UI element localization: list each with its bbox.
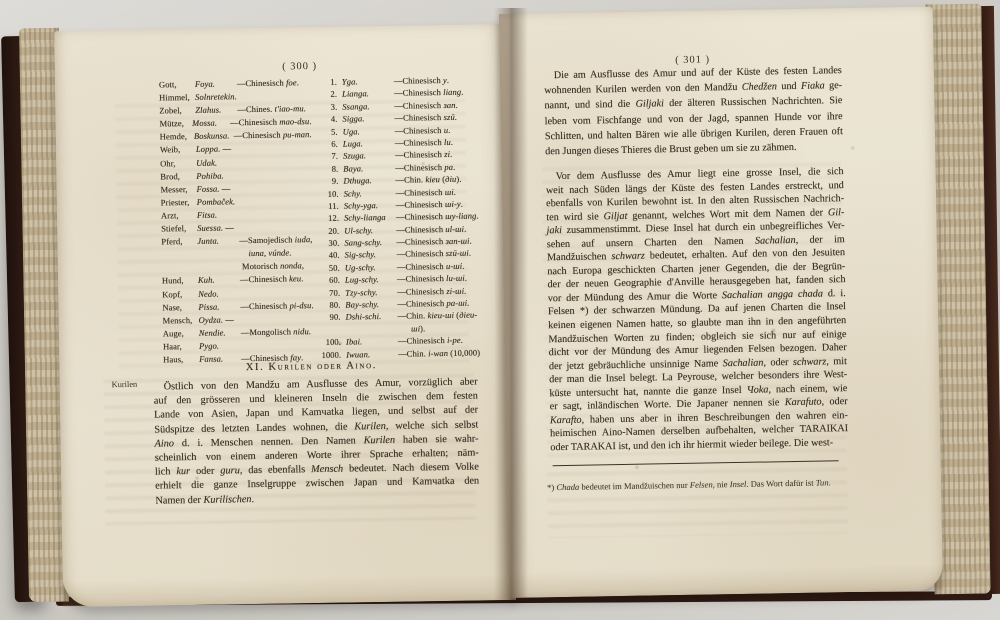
left-page: ( 300 ) Gott, Foya. —Chinesisch foe. Him…: [54, 24, 516, 607]
row-number: 11.: [318, 200, 344, 213]
comparison-gloss: —Chinesisch keu.: [240, 273, 314, 287]
native-numeral: Schy-lianga: [344, 212, 396, 225]
row-number: 6.: [317, 139, 343, 152]
native-term: Mossa.: [192, 118, 230, 132]
comparison-gloss: [237, 90, 311, 104]
native-term: Pygo.: [199, 340, 241, 354]
native-numeral: Schy.: [344, 187, 396, 200]
row-number: 50.: [319, 262, 345, 275]
show-through: [547, 463, 848, 538]
german-term: [162, 249, 198, 263]
comparison-gloss: iuna, vúnde.: [239, 247, 313, 261]
vocabulary-table: Gott, Foya. —Chinesisch foe. Himmel, Sol…: [159, 75, 475, 368]
german-term: Himmel,: [159, 92, 195, 106]
book-gutter-shadow: [494, 8, 528, 600]
native-numeral: Ssanga.: [342, 101, 394, 114]
comparison-gloss: [241, 339, 315, 353]
vocabulary-words-column: Gott, Foya. —Chinesisch foe. Himmel, Sol…: [159, 77, 316, 367]
native-numeral: Schy-yga.: [344, 200, 396, 213]
comparison-gloss: [238, 169, 312, 183]
native-term: Zlahus.: [195, 104, 237, 118]
row-number: 40.: [319, 250, 345, 263]
native-numeral: Ul-schy.: [344, 224, 396, 237]
german-term: Auge,: [163, 328, 199, 342]
comparison-gloss: [239, 208, 313, 222]
native-numeral: Lianga.: [342, 88, 394, 101]
row-number: 2.: [316, 89, 342, 102]
row-number: 9.: [317, 176, 343, 189]
row-number: 20.: [318, 225, 344, 238]
native-term: Pissa.: [198, 301, 240, 315]
german-term: Weib,: [160, 144, 196, 158]
page-number: ( 300 ): [145, 59, 455, 75]
native-numeral: Ug-schy.: [345, 262, 397, 275]
native-numeral: [346, 324, 398, 337]
native-numeral: Yga.: [342, 76, 394, 89]
numerals-column: 1. Yga. —Chinesisch y. 2. Lianga. —Chine…: [316, 74, 481, 365]
comparison-gloss: —Chinesisch mao-dsu.: [230, 116, 312, 130]
row-number: 30.: [318, 238, 344, 251]
native-term: Fossa. —: [196, 183, 238, 197]
native-numeral: Baya.: [343, 163, 395, 176]
native-term: Loppa. —: [196, 144, 238, 158]
native-term: Udak.: [196, 157, 238, 171]
row-number: 80.: [319, 300, 345, 313]
native-numeral: Tzy-schy.: [345, 286, 397, 299]
german-term: Ohr,: [160, 157, 196, 171]
native-numeral: Szuga.: [343, 150, 395, 163]
native-numeral: Sang-schy.: [344, 237, 396, 250]
native-term: [197, 248, 239, 262]
row-number: [320, 324, 346, 337]
german-term: Arzt,: [161, 210, 197, 224]
row-number: 1.: [316, 77, 342, 90]
row-number: 5.: [317, 126, 343, 139]
german-term: Priester,: [161, 197, 197, 211]
comparison-gloss: [240, 287, 314, 301]
native-term: Nendie.: [199, 327, 241, 341]
german-term: Brod,: [160, 171, 196, 185]
row-number: 12.: [318, 213, 344, 226]
native-numeral: Ibai.: [346, 336, 398, 349]
row-number: 90.: [320, 312, 346, 325]
german-term: Hund,: [162, 275, 198, 289]
row-number: 100.: [320, 337, 346, 350]
native-numeral: Sig-schy.: [345, 249, 397, 262]
comparison-gloss: —Samojedisch iuda,: [239, 234, 313, 248]
native-numeral: Bay-schy.: [345, 299, 397, 312]
native-numeral: Dshi-schi.: [346, 311, 398, 324]
native-term: Pohiba.: [196, 170, 238, 184]
comparison-gloss: [238, 143, 312, 157]
row-number: 60.: [319, 275, 345, 288]
native-term: Fitsa.: [197, 209, 239, 223]
native-numeral: Lug-schy.: [345, 274, 397, 287]
german-term: Kopf,: [162, 288, 198, 302]
native-term: Kuh.: [198, 275, 240, 289]
comparison-gloss: Motorisch nonda,: [240, 260, 314, 274]
german-term: Gott,: [159, 79, 195, 93]
book-photo: ( 300 ) Gott, Foya. —Chinesisch foe. Him…: [0, 0, 1000, 620]
left-page-paragraph: Östlich von den Mandžu am Ausflusse des …: [154, 377, 480, 510]
right-page: ( 301 ) Die am Ausflusse des Amur und au…: [499, 7, 943, 598]
comparison-gloss: [241, 313, 315, 327]
native-term: Junta.: [197, 235, 239, 249]
comparison-gloss: [238, 156, 312, 170]
row-number: 7.: [317, 151, 343, 164]
german-term: Zobel,: [159, 105, 195, 119]
german-term: Mensch,: [163, 315, 199, 329]
row-number: 3.: [316, 101, 342, 114]
right-page-paragraph-2: Vor dem Ausflusse des Amur liegt eine gr…: [546, 166, 849, 456]
native-numeral: Luga.: [343, 138, 395, 151]
german-term: Nase,: [162, 301, 198, 315]
native-term: Pombaček.: [197, 196, 239, 210]
german-term: Pferd,: [161, 236, 197, 250]
native-term: [198, 262, 240, 276]
comparison-gloss: —Chinesisch foe.: [237, 77, 311, 91]
german-term: [162, 262, 198, 276]
native-term: Suessa. —: [197, 222, 239, 236]
comparison-gloss: —Mongolisch nidu.: [241, 326, 315, 340]
comparison-gloss: —Chinesisch pu-man.: [234, 129, 312, 143]
comparison-gloss: —Chinesisch pi-dsu.: [240, 300, 314, 314]
right-page-paragraph-1: Die am Ausflusse des Amur und auf der Kü…: [544, 65, 844, 161]
german-term: Hemde,: [160, 131, 194, 145]
comparison-gloss: —Chines. t'iao-mu.: [237, 103, 311, 117]
german-term: Haar,: [163, 341, 199, 355]
row-number: 8.: [317, 163, 343, 176]
native-term: Nedo.: [198, 288, 240, 302]
native-term: Solnretekin.: [195, 91, 237, 105]
native-numeral: Uga.: [343, 125, 395, 138]
comparison-gloss: [239, 221, 313, 235]
row-number: 70.: [319, 287, 345, 300]
comparison-gloss: [238, 182, 312, 196]
row-number: 10.: [318, 188, 344, 201]
german-term: Stiefel,: [161, 223, 197, 237]
german-term: Messer,: [160, 184, 196, 198]
native-numeral: Dthuga.: [343, 175, 395, 188]
native-term: Foya.: [195, 78, 237, 92]
native-term: Oydza. —: [199, 314, 241, 328]
margin-note: Kurilen: [112, 380, 138, 389]
row-number: 4.: [316, 114, 342, 127]
comparison-gloss: [239, 195, 313, 209]
native-numeral: Sigga.: [342, 113, 394, 126]
native-term: Boskunsa.: [194, 131, 234, 145]
german-term: Mütze,: [159, 118, 192, 132]
